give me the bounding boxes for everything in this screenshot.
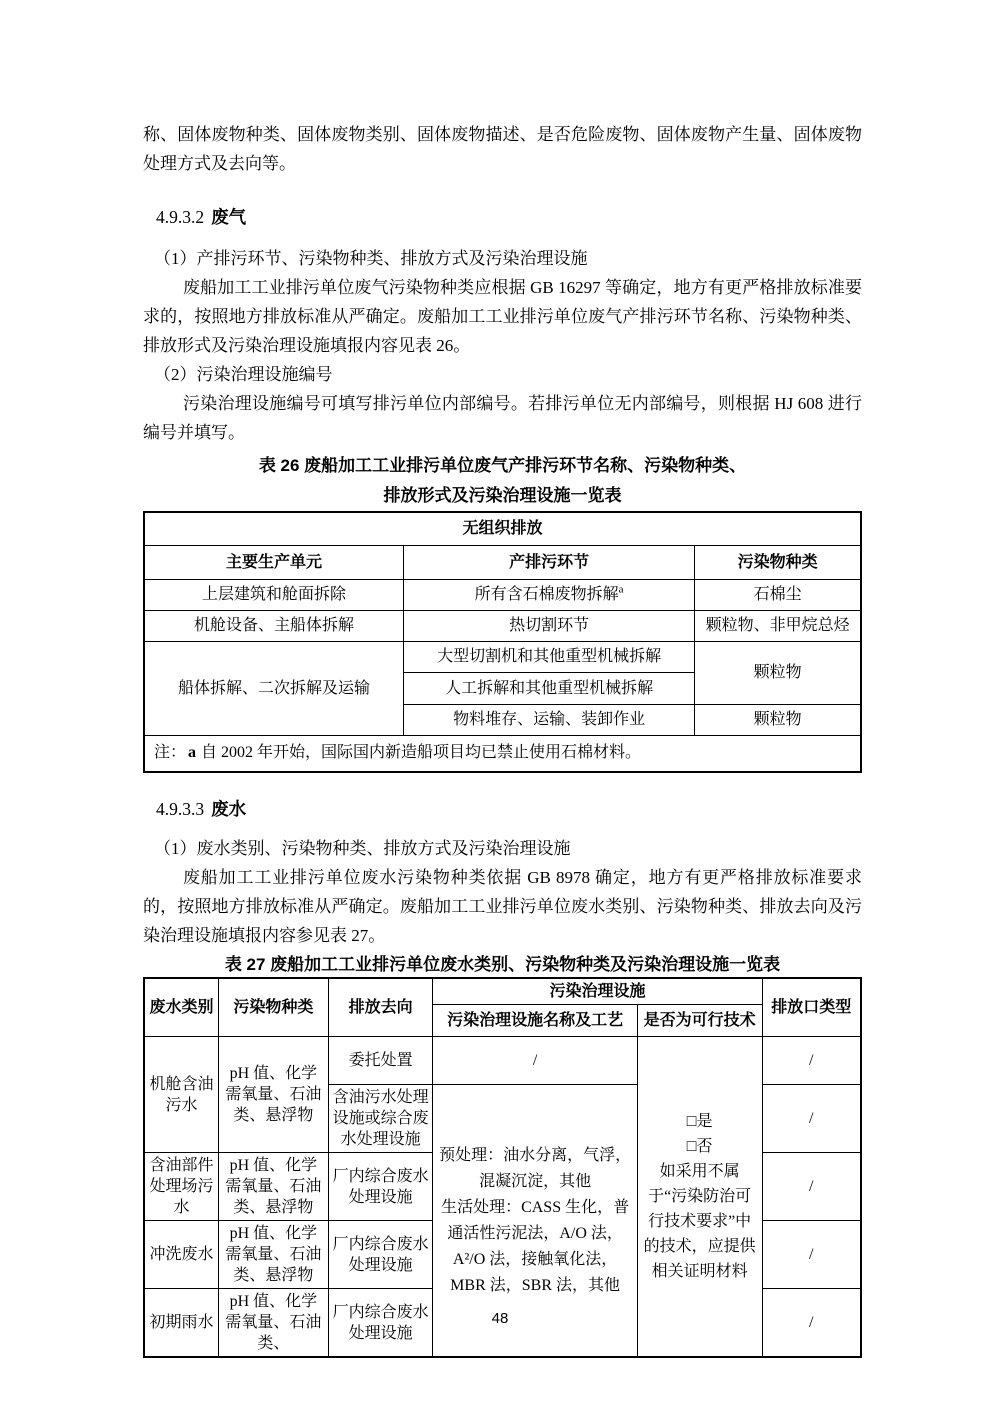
t27-r1-category: 机舱含油污水: [144, 1037, 219, 1153]
t27-r1-facility: /: [433, 1037, 637, 1085]
t26-r1-unit: 上层建筑和舱面拆除: [144, 579, 404, 610]
table-row: 上层建筑和舱面拆除 所有含石棉废物拆解a 石棉尘: [144, 579, 861, 610]
section-title: 废水: [211, 799, 246, 819]
table26-caption: 表 26 废船加工工业排污单位废气产排污环节名称、污染物种类、 排放形式及污染治…: [143, 451, 862, 511]
gas-item-2: （2）污染治理设施编号: [143, 360, 862, 389]
table-row: 无组织排放: [144, 512, 861, 545]
t26-r1-stage-text: 所有含石棉废物拆解: [475, 586, 619, 603]
t26-r3-unit: 船体拆解、二次拆解及运输: [144, 641, 404, 735]
feasible-description: 如采用不属于“污染防治可行技术要求”中的技术，应提供相关证明材料: [641, 1159, 759, 1284]
t27-header-category: 废水类别: [144, 978, 219, 1037]
section-title: 废气: [211, 207, 246, 227]
t27-header-destination: 排放去向: [328, 978, 433, 1037]
t26-r4-stage: 人工拆解和其他重型机械拆解: [404, 672, 695, 704]
gas-item-1: （1）产排污环节、污染物种类、排放方式及污染治理设施: [143, 244, 862, 273]
t26-r2-pollutant: 颗粒物、非甲烷总烃: [695, 610, 861, 641]
t27-r4-category: 冲洗废水: [144, 1221, 219, 1289]
t26-note-marker: a: [188, 744, 196, 761]
table-row: 机舱设备、主船体拆解 热切割环节 颗粒物、非甲烷总烃: [144, 610, 861, 641]
t26-note: 注：a自 2002 年开始，国际国内新造船项目均已禁止使用石棉材料。: [144, 735, 861, 772]
t27-header-facility-group: 污染治理设施: [433, 978, 762, 1005]
t26-r5-pollutant: 颗粒物: [695, 704, 861, 735]
t27-r1-pollutant: pH 值、化学需氧量、石油类、悬浮物: [219, 1037, 329, 1153]
t27-r2-outlet: /: [762, 1085, 861, 1153]
section-number: 4.9.3.3: [156, 799, 204, 819]
t26-group-header: 无组织排放: [144, 512, 861, 545]
t26-r1-stage: 所有含石棉废物拆解a: [404, 579, 695, 610]
t27-header-outlet: 排放口类型: [762, 978, 861, 1037]
t27-r3-outlet: /: [762, 1153, 861, 1221]
intro-paragraph: 称、固体废物种类、固体废物类别、固体废物描述、是否危险废物、固体废物产生量、固体…: [143, 120, 862, 178]
t26-header-pollutant: 污染物种类: [695, 545, 861, 579]
gas-paragraph-2: 污染治理设施编号可填写排污单位内部编号。若排污单位无内部编号，则根据 HJ 60…: [143, 389, 862, 447]
t26-r2-unit: 机舱设备、主船体拆解: [144, 610, 404, 641]
process-line-biotreatment: 生活处理：CASS 生化，普通活性污泥法，A/O 法，A²/O 法，接触氧化法，…: [436, 1195, 633, 1299]
t27-r1-destination: 委托处置: [328, 1037, 433, 1085]
t26-r3-stage: 大型切割机和其他重型机械拆解: [404, 641, 695, 672]
section-number: 4.9.3.2: [156, 207, 204, 227]
t27-r4-pollutant: pH 值、化学需氧量、石油类、悬浮物: [219, 1221, 329, 1289]
table27-caption: 表 27 废船加工工业排污单位废水类别、污染物种类及污染治理设施一览表: [143, 953, 862, 977]
t26-r5-stage: 物料堆存、运输、装卸作业: [404, 704, 695, 735]
t27-r4-destination: 厂内综合废水处理设施: [328, 1221, 433, 1289]
table-27: 废水类别 污染物种类 排放去向 污染治理设施 排放口类型 污染治理设施名称及工艺…: [143, 977, 862, 1358]
page-number: 48: [0, 1310, 1000, 1327]
t26-header-unit: 主要生产单元: [144, 545, 404, 579]
t26-note-prefix: 注：: [154, 744, 186, 761]
water-item-1: （1）废水类别、污染物种类、排放方式及污染治理设施: [143, 834, 862, 863]
table-row: 主要生产单元 产排污环节 污染物种类: [144, 545, 861, 579]
t27-feasible-cell: □是 □否 如采用不属于“污染防治可行技术要求”中的技术，应提供相关证明材料: [637, 1037, 762, 1358]
process-line-pretreatment: 预处理：油水分离，气浮，混凝沉淀，其他: [436, 1143, 633, 1195]
t27-header-pollutant: 污染物种类: [219, 978, 329, 1037]
section-heading-water: 4.9.3.3废水: [156, 795, 862, 824]
t26-r1-pollutant: 石棉尘: [695, 579, 861, 610]
footnote-marker: a: [619, 584, 624, 596]
document-page: 称、固体废物种类、固体废物类别、固体废物描述、是否危险废物、固体废物产生量、固体…: [0, 0, 1000, 1414]
table-26: 无组织排放 主要生产单元 产排污环节 污染物种类 上层建筑和舱面拆除 所有含石棉…: [143, 511, 862, 773]
t27-r3-pollutant: pH 值、化学需氧量、石油类、悬浮物: [219, 1153, 329, 1221]
table-row: 注：a自 2002 年开始，国际国内新造船项目均已禁止使用石棉材料。: [144, 735, 861, 772]
t27-header-facility-name: 污染治理设施名称及工艺: [433, 1005, 637, 1037]
page-content: 称、固体废物种类、固体废物类别、固体废物描述、是否危险废物、固体废物产生量、固体…: [143, 120, 862, 1358]
table26-caption-line2: 排放形式及污染治理设施一览表: [143, 481, 862, 511]
checkbox-yes: □是: [641, 1109, 759, 1134]
t27-r4-outlet: /: [762, 1221, 861, 1289]
gas-paragraph-1: 废船加工工业排污单位废气污染物种类应根据 GB 16297 等确定，地方有更严格…: [143, 273, 862, 360]
t27-r3-category: 含油部件处理场污水: [144, 1153, 219, 1221]
t26-r2-stage: 热切割环节: [404, 610, 695, 641]
table-row: 机舱含油污水 pH 值、化学需氧量、石油类、悬浮物 委托处置 / □是 □否 如…: [144, 1037, 861, 1085]
water-paragraph-1: 废船加工工业排污单位废水污染物种类依据 GB 8978 确定，地方有更严格排放标…: [143, 863, 862, 950]
t26-header-stage: 产排污环节: [404, 545, 695, 579]
table-row: 船体拆解、二次拆解及运输 大型切割机和其他重型机械拆解 颗粒物: [144, 641, 861, 672]
t27-r3-destination: 厂内综合废水处理设施: [328, 1153, 433, 1221]
table26-caption-line1: 表 26 废船加工工业排污单位废气产排污环节名称、污染物种类、: [143, 451, 862, 481]
checkbox-no: □否: [641, 1134, 759, 1159]
t27-r1-outlet: /: [762, 1037, 861, 1085]
section-heading-gas: 4.9.3.2废气: [156, 203, 862, 232]
t27-r2-destination: 含油污水处理设施或综合废水处理设施: [328, 1085, 433, 1153]
t27-header-feasible: 是否为可行技术: [637, 1005, 762, 1037]
t26-note-text: 自 2002 年开始，国际国内新造船项目均已禁止使用石棉材料。: [201, 744, 641, 761]
table-row: 废水类别 污染物种类 排放去向 污染治理设施 排放口类型: [144, 978, 861, 1005]
t26-r3-pollutant: 颗粒物: [695, 641, 861, 704]
